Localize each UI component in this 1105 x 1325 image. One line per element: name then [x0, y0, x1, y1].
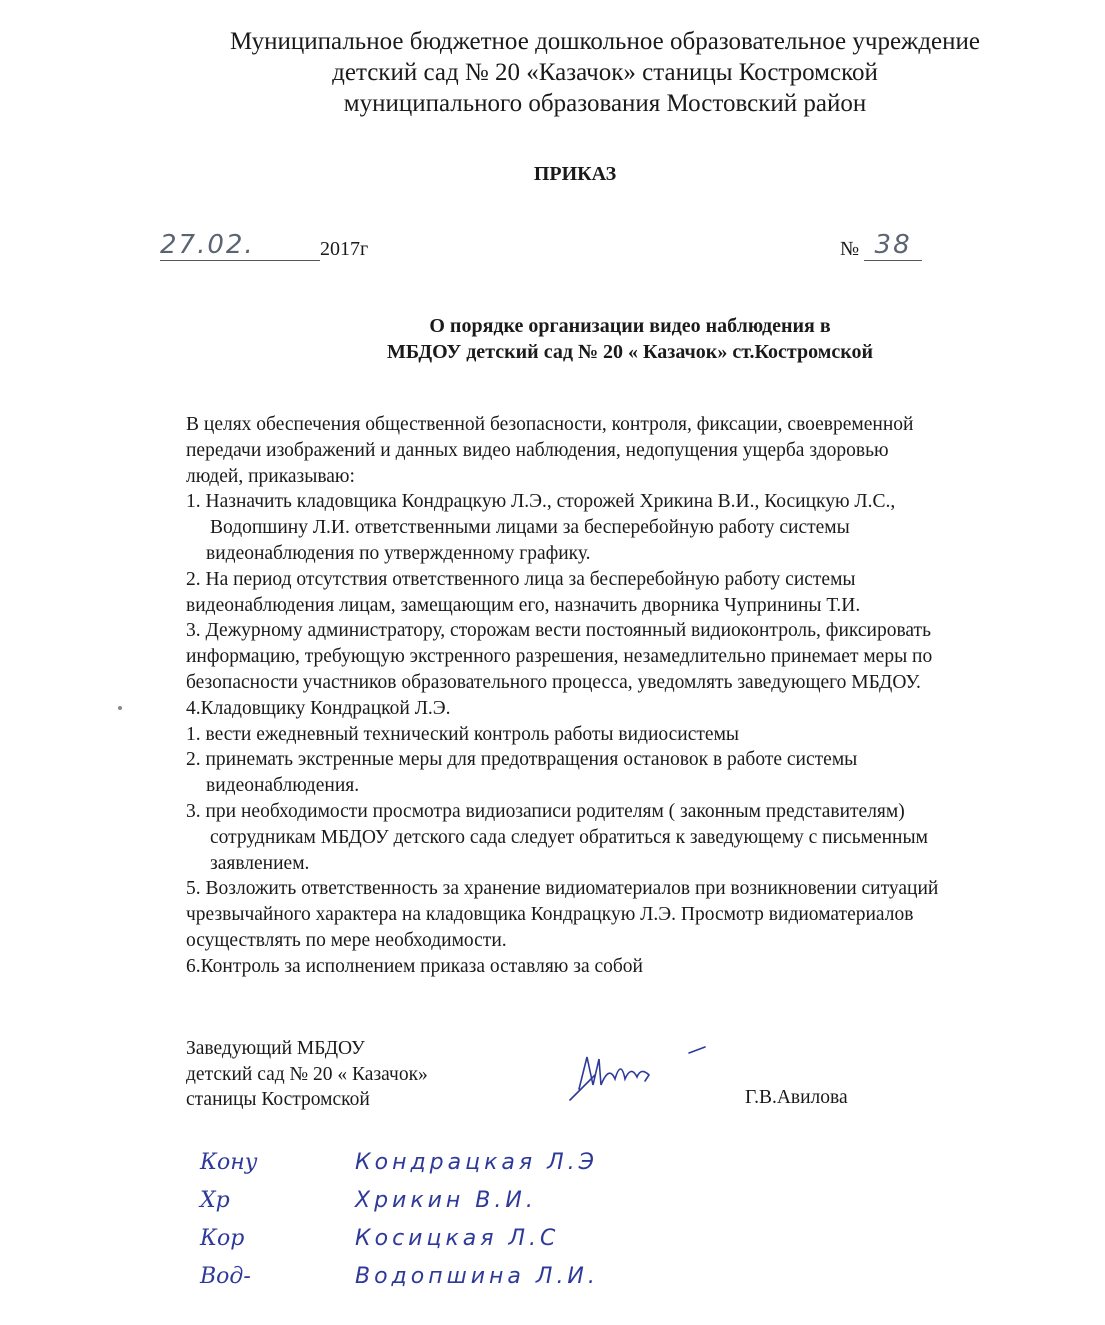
- ack-name: Хрикин В.И.: [355, 1188, 537, 1213]
- body-line: 3. Дежурному администратору, сторожам ве…: [186, 618, 938, 644]
- date-year: 2017г: [320, 238, 368, 260]
- scan-speck: [118, 706, 122, 710]
- body-line: 5. Возложить ответственность за хранение…: [186, 876, 938, 902]
- institution-header: Муниципальное бюджетное дошкольное образ…: [0, 26, 1105, 119]
- body-line: осуществлять по мере необходимости.: [186, 928, 938, 954]
- body-line: видеонаблюдения по утвержденному графику…: [186, 541, 938, 567]
- body-line: передачи изображений и данных видео набл…: [186, 438, 938, 464]
- acknowledgement-row: Вод- Водопшина Л.И.: [200, 1264, 251, 1304]
- body-line: безопасности участников образовательного…: [186, 670, 938, 696]
- acknowledgement-row: Кор Косицкая Л.С: [200, 1226, 244, 1266]
- body-line: 2. принемать экстренные меры для предотв…: [186, 747, 938, 773]
- director-signature: [565, 1045, 715, 1110]
- order-date: 27.02. 2017г: [160, 230, 368, 264]
- handwritten-date: 27.02.: [160, 230, 255, 260]
- ack-signature: Кор: [200, 1226, 244, 1251]
- body-line: 1. Назначить кладовщика Кондрацкую Л.Э.,…: [186, 489, 938, 515]
- subject-line-2: МБДОУ детский сад № 20 « Казачок» ст.Кос…: [0, 339, 1105, 365]
- order-number: № 38: [840, 230, 922, 261]
- body-line: видеонаблюдения лицам, замещающим его, н…: [186, 593, 938, 619]
- ack-signature: Хр: [200, 1188, 230, 1213]
- body-line: 4.Кладовщику Кондрацкой Л.Э.: [186, 696, 938, 722]
- date-underline: 27.02.: [160, 230, 320, 261]
- ack-signature: Кону: [200, 1150, 258, 1175]
- ack-name: Водопшина Л.И.: [355, 1264, 599, 1289]
- body-line: видеонаблюдения.: [186, 773, 938, 799]
- body-line: 1. вести ежедневный технический контроль…: [186, 722, 938, 748]
- signature-scribble-icon: [565, 1045, 715, 1105]
- signatory-line-3: станицы Костромской: [186, 1087, 428, 1113]
- signatory-line-2: детский сад № 20 « Казачок»: [186, 1062, 428, 1088]
- body-line: информацию, требующую экстренного разреш…: [186, 644, 938, 670]
- body-line: заявлением.: [186, 851, 938, 877]
- order-body: В целях обеспечения общественной безопас…: [186, 412, 938, 980]
- body-line: людей, приказываю:: [186, 464, 938, 490]
- body-line: чрезвычайного характера на кладовщика Ко…: [186, 902, 938, 928]
- body-line: сотрудникам МБДОУ детского сада следует …: [186, 825, 938, 851]
- director-name: Г.В.Авилова: [745, 1087, 848, 1109]
- header-line-3: муниципального образования Мостовский ра…: [0, 88, 1105, 119]
- body-line: В целях обеспечения общественной безопас…: [186, 412, 938, 438]
- order-subject: О порядке организации видео наблюдения в…: [0, 313, 1105, 365]
- signatory-block: Заведующий МБДОУ детский сад № 20 « Каза…: [186, 1036, 428, 1113]
- document-title: ПРИКАЗ: [0, 163, 1105, 186]
- subject-line-1: О порядке организации видео наблюдения в: [0, 313, 1105, 339]
- body-line: 3. при необходимости просмотра видиозапи…: [186, 799, 938, 825]
- body-line: Водопшину Л.И. ответственными лицами за …: [186, 515, 938, 541]
- ack-signature: Вод-: [200, 1264, 251, 1289]
- number-underline: 38: [864, 230, 922, 261]
- handwritten-number: 38: [875, 230, 912, 260]
- header-line-1: Муниципальное бюджетное дошкольное образ…: [0, 26, 1105, 57]
- signatory-line-1: Заведующий МБДОУ: [186, 1036, 428, 1062]
- ack-name: Кондрацкая Л.Э: [355, 1150, 598, 1175]
- header-line-2: детский сад № 20 «Казачок» станицы Костр…: [0, 57, 1105, 88]
- acknowledgement-row: Хр Хрикин В.И.: [200, 1188, 230, 1228]
- body-line: 2. На период отсутствия ответственного л…: [186, 567, 938, 593]
- body-line: 6.Контроль за исполнением приказа оставл…: [186, 954, 938, 980]
- number-sign: №: [840, 238, 859, 260]
- ack-name: Косицкая Л.С: [355, 1226, 559, 1251]
- acknowledgement-row: Кону Кондрацкая Л.Э: [200, 1150, 258, 1190]
